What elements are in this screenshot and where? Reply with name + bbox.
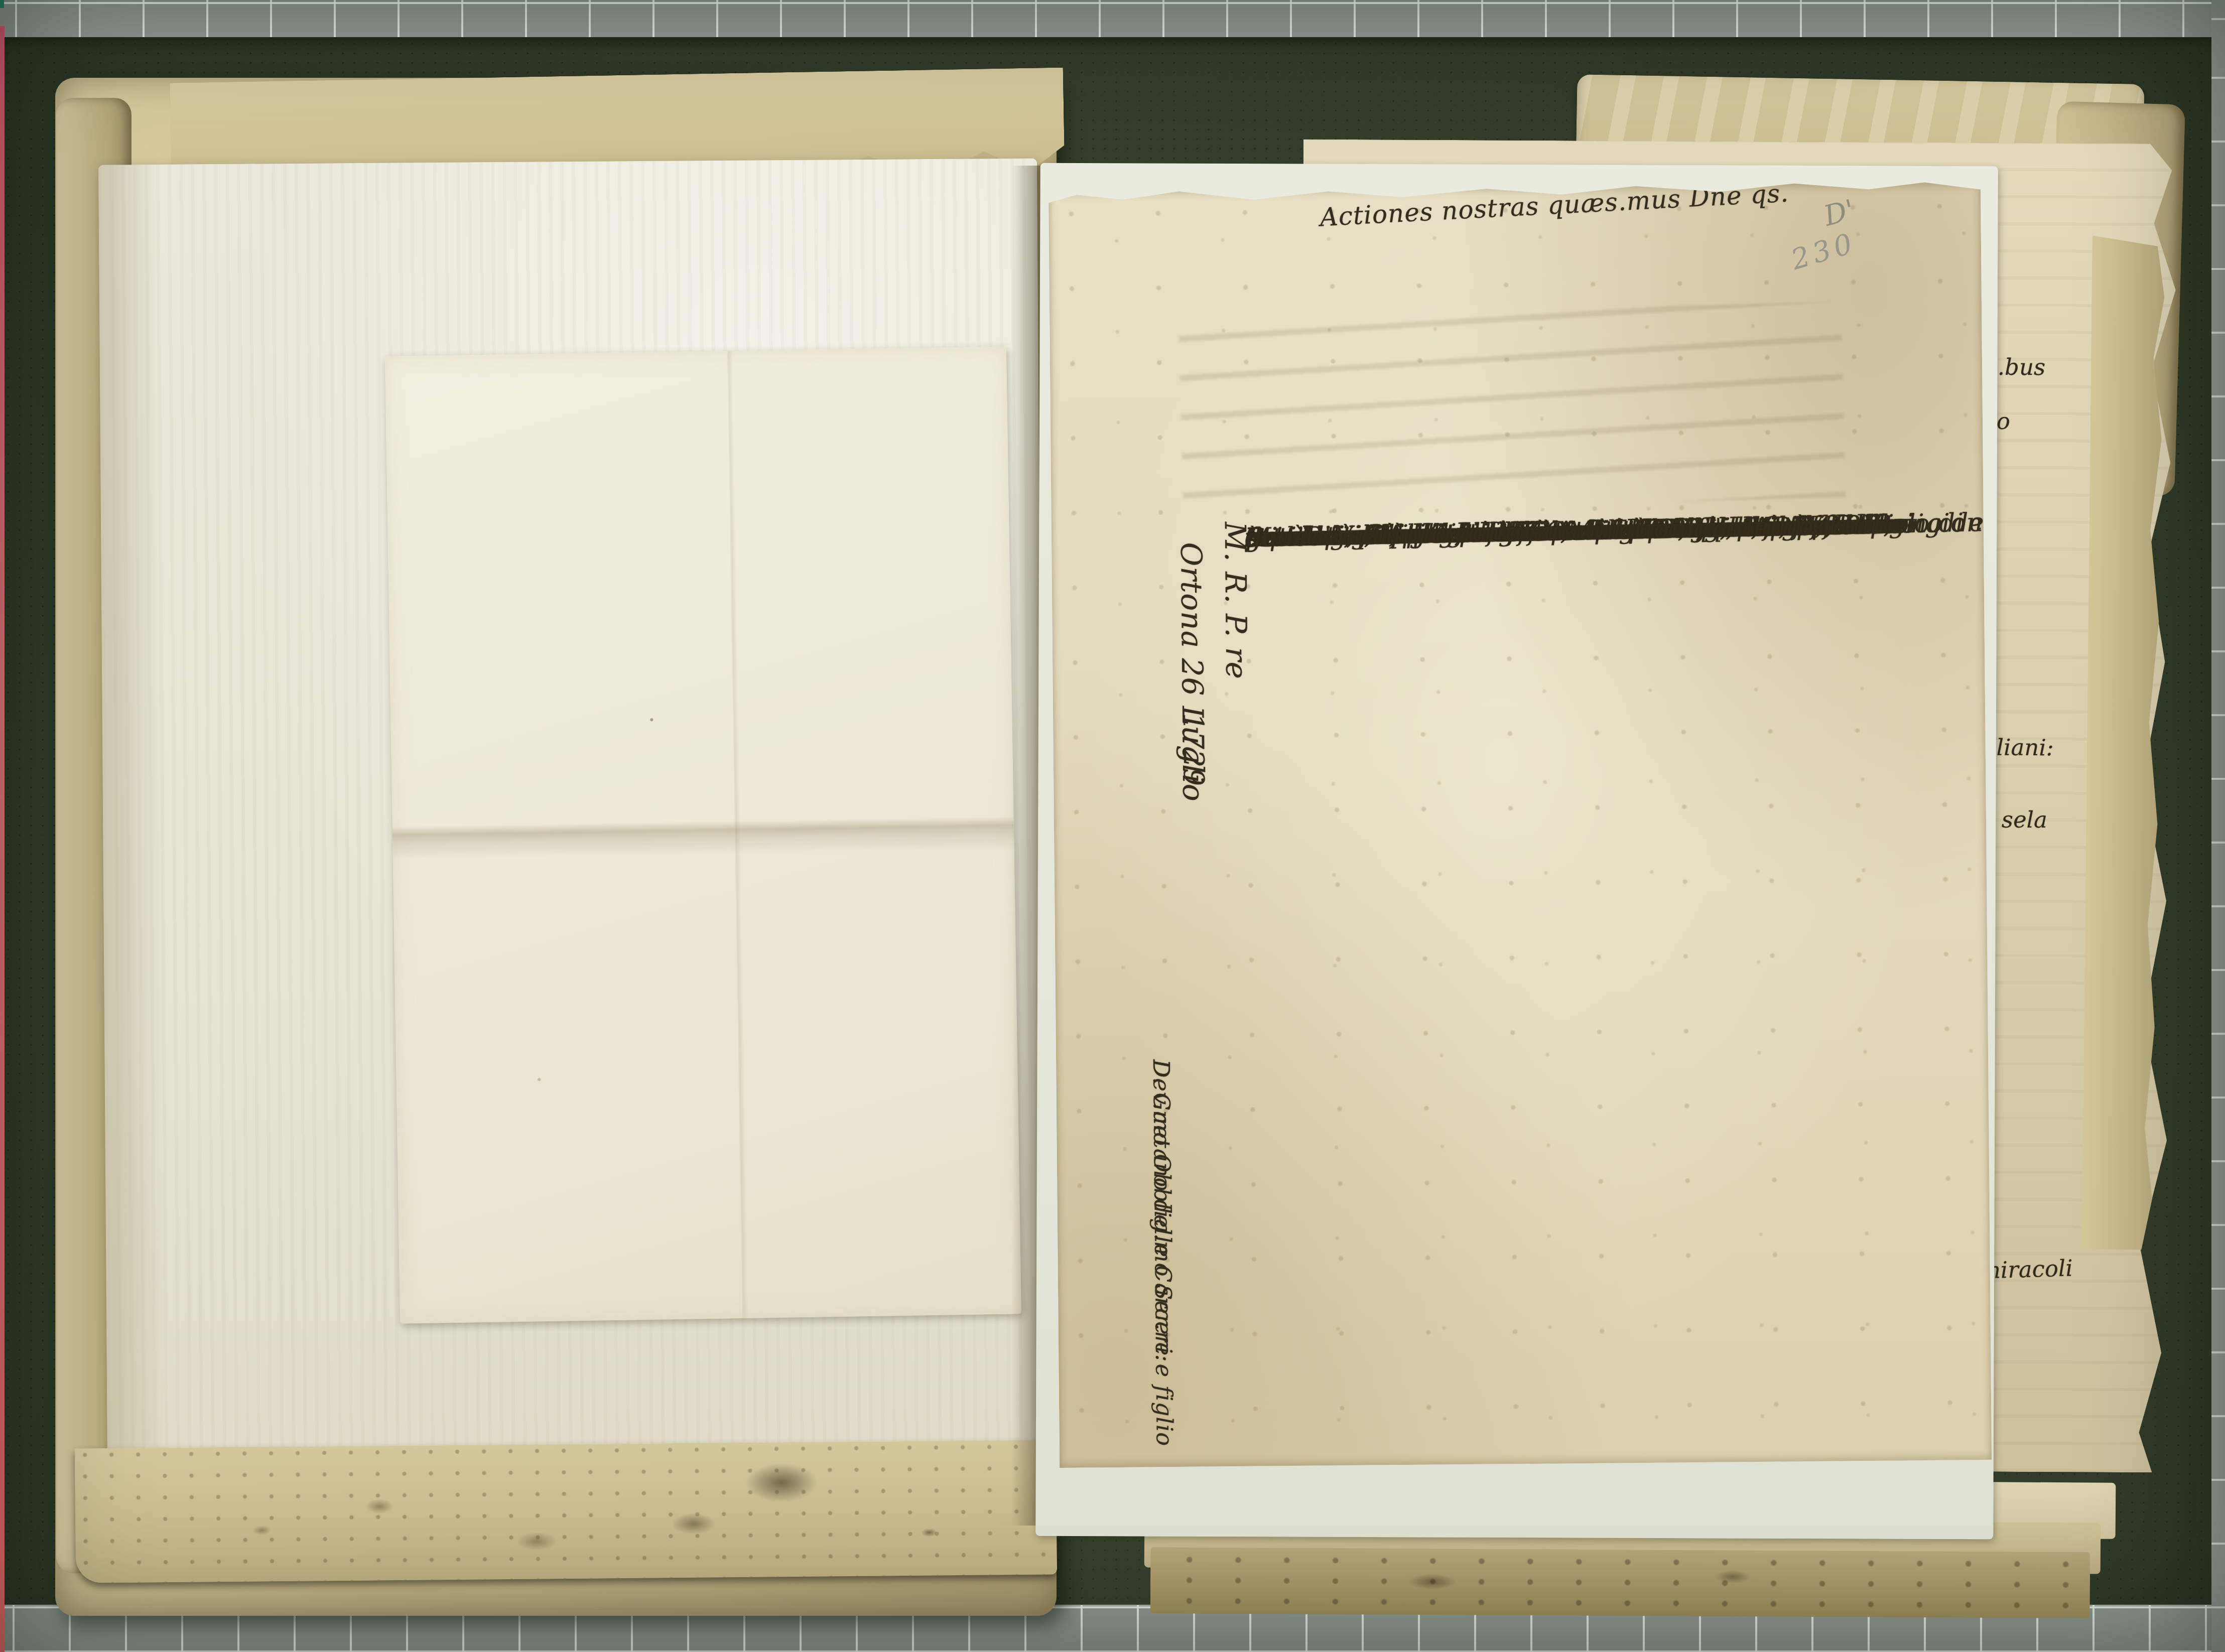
blank-sheet-small-folded	[385, 346, 1021, 1323]
stained-bottom-board	[1150, 1547, 2090, 1618]
dateline-year: 1729	[1170, 542, 1214, 786]
archival-photo: Aud.busrbinomiliani:selamiracoli Actione…	[0, 0, 2225, 1652]
pencil-mark-letter: D'	[1820, 194, 1858, 233]
underpage-text-fragment: sela	[2002, 806, 2047, 833]
signature-rotated: Dev.mo Obblig.mo Ser.re e figlio D. Gaet…	[1179, 1059, 1183, 1471]
stained-folder-bottom-flap	[75, 1440, 1057, 1583]
letter-body-line: godere sempre delle sue Orationi, e dell…	[1245, 503, 2000, 558]
signature-line-2: D. Gaetano delle Carceri:	[1143, 1059, 1182, 1362]
calibration-grid-top	[0, 0, 2225, 37]
dateline-rotated: Ortona 26 Luglio 1729	[1212, 542, 1217, 1034]
ink-showthrough	[1179, 302, 1846, 514]
pink-edge-bar	[0, 26, 5, 1652]
calibration-strip-right	[2211, 0, 2225, 1652]
pencil-mark-number: 230	[1788, 226, 1860, 276]
manuscript-letter-sheet: Actiones nostras quæs.mus Dñe qs. D' 230…	[1049, 181, 1992, 1468]
teal-corner-mark	[0, 0, 4, 8]
